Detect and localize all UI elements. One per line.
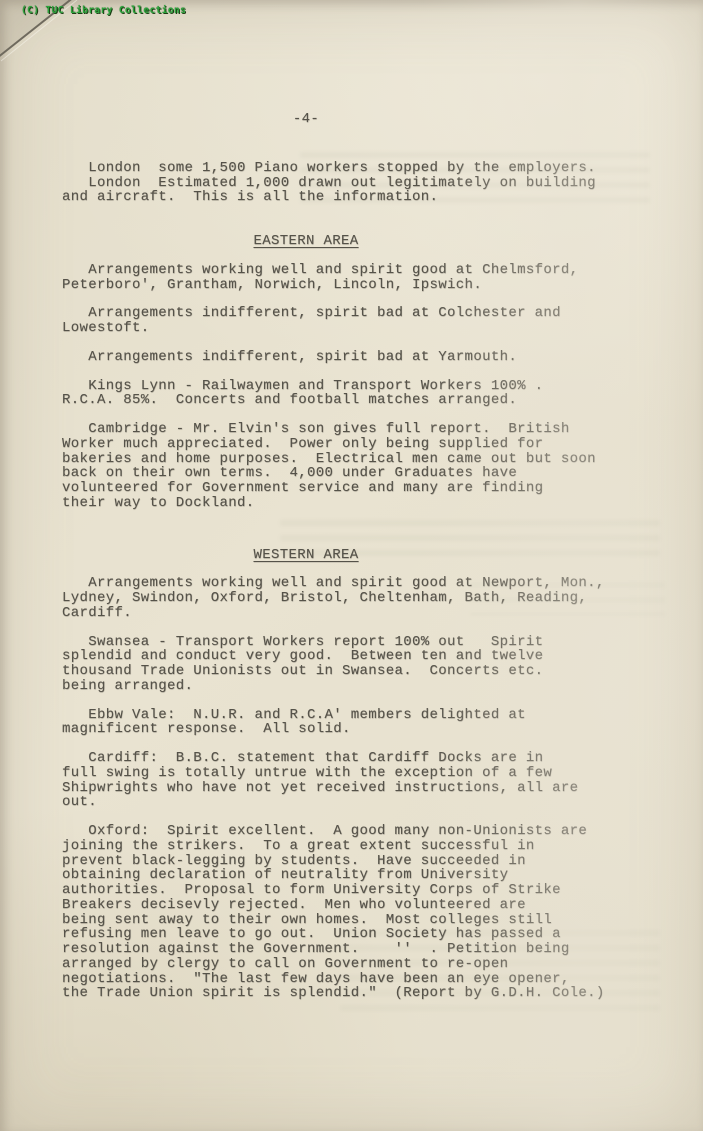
western-area-heading-row: WESTERN AREA [62, 548, 550, 563]
section-heading-western-area: WESTERN AREA [253, 547, 358, 563]
scanned-document-page: (C) TUC Library Collections -4- London s… [0, 0, 703, 1131]
typewritten-content: -4- London some 1,500 Piano workers stop… [0, 0, 703, 1001]
eastern-area-heading-row: EASTERN AREA [62, 234, 550, 249]
paragraph-western-swansea: Swansea - Transport Workers report 100% … [62, 635, 703, 694]
library-copyright-watermark: (C) TUC Library Collections [21, 5, 186, 16]
paragraph-eastern-kings-lynn: Kings Lynn - Railwaymen and Transport Wo… [62, 379, 703, 409]
paragraph-western-oxford: Oxford: Spirit excellent. A good many no… [62, 824, 703, 1001]
paragraph-eastern-colchester: Arrangements indifferent, spirit bad at … [62, 306, 703, 336]
paragraph-western-newport: Arrangements working well and spirit goo… [62, 576, 703, 620]
paragraph-eastern-yarmouth: Arrangements indifferent, spirit bad at … [62, 350, 703, 365]
paragraph-london-summary: London some 1,500 Piano workers stopped … [62, 161, 703, 205]
paragraph-eastern-chelmsford: Arrangements working well and spirit goo… [62, 263, 703, 293]
paragraph-eastern-cambridge: Cambridge - Mr. Elvin's son gives full r… [62, 422, 703, 511]
paragraph-western-ebbw-vale: Ebbw Vale: N.U.R. and R.C.A' members del… [62, 708, 703, 738]
page-number-row: -4- [62, 112, 550, 127]
paragraph-western-cardiff: Cardiff: B.B.C. statement that Cardiff D… [62, 751, 703, 810]
page-number: -4- [293, 111, 319, 127]
section-heading-eastern-area: EASTERN AREA [253, 233, 358, 249]
